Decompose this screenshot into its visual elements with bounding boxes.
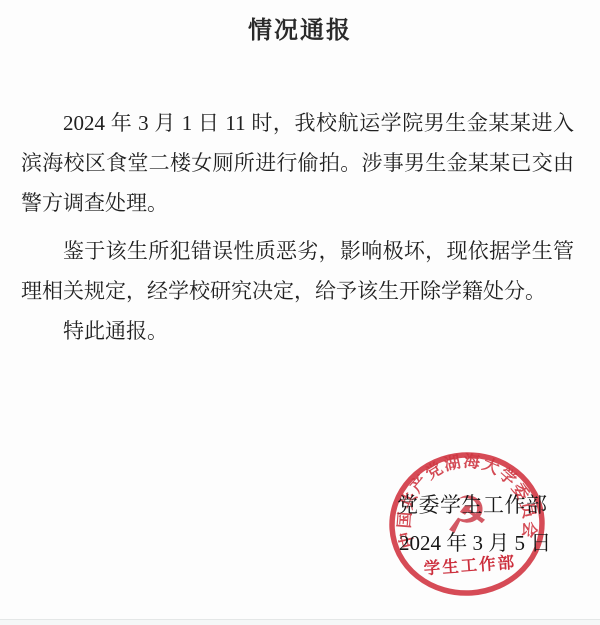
paragraph-closing: 特此通报。 bbox=[21, 311, 574, 351]
document-title: 情况通报 bbox=[0, 0, 600, 45]
text-line: 理相关规定，经学校研究决定，给予该生开除学籍处分。 bbox=[21, 271, 574, 311]
seal-bottom-text: 学生工作部 bbox=[423, 552, 517, 578]
text-line: 鉴于该生所犯错误性质恶劣，影响极坏，现依据学生管 bbox=[21, 231, 574, 271]
paragraph-incident: 2024 年 3 月 1 日 11 时，我校航运学院男生金某某进入 滨海校区食堂… bbox=[21, 103, 574, 223]
situation-notice-page: 情况通报 2024 年 3 月 1 日 11 时，我校航运学院男生金某某进入 滨… bbox=[0, 0, 600, 625]
paragraph-decision: 鉴于该生所犯错误性质恶劣，影响极坏，现依据学生管 理相关规定，经学校研究决定，给… bbox=[21, 231, 574, 311]
text-line: 2024 年 3 月 1 日 11 时，我校航运学院男生金某某进入 bbox=[21, 103, 574, 143]
official-seal: 中国共产党湖海大学委员会 ☭ 学生工作部 bbox=[382, 439, 553, 610]
signature-department: 党委学生工作部 bbox=[397, 494, 548, 516]
text-line: 滨海校区食堂二楼女厕所进行偷拍。涉事男生金某某已交由 bbox=[21, 143, 574, 183]
signature-date: 2024 年 3 月 5 日 bbox=[399, 532, 551, 554]
document-body: 2024 年 3 月 1 日 11 时，我校航运学院男生金某某进入 滨海校区食堂… bbox=[21, 103, 574, 351]
text-line: 特此通报。 bbox=[21, 311, 574, 351]
page-bottom-edge bbox=[0, 619, 600, 625]
text-line: 警方调查处理。 bbox=[21, 183, 574, 223]
official-seal-icon: 中国共产党湖海大学委员会 ☭ 学生工作部 bbox=[382, 439, 553, 610]
